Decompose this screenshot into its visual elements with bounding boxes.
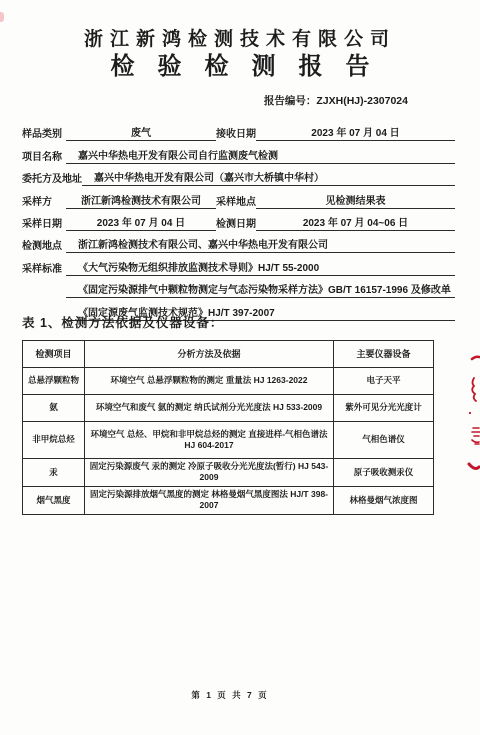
cell-method: 环境空气和废气 氨的测定 纳氏试剂分光光度法 HJ 533-2009 — [85, 395, 334, 422]
methods-table: 检测项目 分析方法及依据 主要仪器设备 总悬浮颗粒物 环境空气 总悬浮颗粒物的测… — [22, 340, 434, 515]
cell-instrument: 电子天平 — [334, 368, 434, 395]
sampling-date-label: 采样日期 — [22, 215, 66, 231]
cell-item: 汞 — [23, 459, 85, 487]
table-row: 氨 环境空气和废气 氨的测定 纳氏试剂分光光度法 HJ 533-2009 紫外可… — [23, 395, 434, 422]
red-seal-fragment — [458, 352, 480, 482]
header-instrument: 主要仪器设备 — [334, 341, 434, 368]
row-sample-category: 样品类别 废气 接收日期 2023 年 07 月 04 日 — [22, 119, 455, 141]
table-row: 汞 固定污染源废气 汞的测定 冷原子吸收分光光度法(暂行) HJ 543-200… — [23, 459, 434, 487]
cell-item: 烟气黑度 — [23, 486, 85, 514]
cell-item: 总悬浮颗粒物 — [23, 368, 85, 395]
sample-category-value: 废气 — [66, 124, 216, 141]
scan-pink-mark — [0, 12, 4, 22]
report-number-line: 报告编号：ZJXH(HJ)-2307024 — [0, 93, 408, 108]
header-method: 分析方法及依据 — [85, 341, 334, 368]
cell-instrument: 紫外可见分光光度计 — [334, 395, 434, 422]
row-client-address: 委托方及地址 嘉兴中华热电开发有限公司（嘉兴市大桥镇中华村） — [22, 164, 455, 186]
sampling-site-value: 见检测结果表 — [256, 192, 455, 209]
project-name-value: 嘉兴中华热电开发有限公司自行监测废气检测 — [66, 147, 455, 164]
sampling-site-label: 采样地点 — [216, 193, 256, 209]
table-row: 烟气黑度 固定污染源排放烟气黑度的测定 林格曼烟气黑度图法 HJ/T 398-2… — [23, 486, 434, 514]
row-sampling-standard: 采样标准 《大气污染物无组织排放监测技术导则》HJ/T 55-2000 — [22, 253, 455, 275]
client-address-label: 委托方及地址 — [22, 170, 82, 186]
cell-method: 环境空气 总烃、甲烷和非甲烷总烃的测定 直接进样-气相色谱法 HJ 604-20… — [85, 422, 334, 459]
table-header-row: 检测项目 分析方法及依据 主要仪器设备 — [23, 341, 434, 368]
test-site-value: 浙江新鸿检测技术有限公司、嘉兴中华热电开发有限公司 — [66, 236, 455, 253]
cell-method: 固定污染源排放烟气黑度的测定 林格曼烟气黑度图法 HJ/T 398-2007 — [85, 486, 334, 514]
cell-item: 非甲烷总烃 — [23, 422, 85, 459]
row-sampling-standard-2: 《固定污染源排气中颗粒物测定与气态污染物采样方法》GB/T 16157-1996… — [22, 276, 455, 298]
cell-method: 固定污染源废气 汞的测定 冷原子吸收分光光度法(暂行) HJ 543-2009 — [85, 459, 334, 487]
receive-date-value: 2023 年 07 月 04 日 — [256, 124, 455, 141]
receive-date-label: 接收日期 — [216, 125, 256, 141]
sampling-date-value: 2023 年 07 月 04 日 — [66, 214, 216, 231]
sample-category-label: 样品类别 — [22, 125, 66, 141]
cell-item: 氨 — [23, 395, 85, 422]
table-row: 非甲烷总烃 环境空气 总烃、甲烷和非甲烷总烃的测定 直接进样-气相色谱法 HJ … — [23, 422, 434, 459]
row-sampling-date: 采样日期 2023 年 07 月 04 日 检测日期 2023 年 07 月 0… — [22, 209, 455, 231]
table1-title: 表 1、检测方法依据及仪器设备： — [22, 313, 223, 331]
report-form: 样品类别 废气 接收日期 2023 年 07 月 04 日 项目名称 嘉兴中华热… — [22, 119, 455, 321]
sampling-standard-2-value: 《固定污染源排气中颗粒物测定与气态污染物采样方法》GB/T 16157-1996… — [66, 281, 455, 298]
header-test-item: 检测项目 — [23, 341, 85, 368]
sampling-standard-value: 《大气污染物无组织排放监测技术导则》HJ/T 55-2000 — [66, 259, 455, 276]
row-sampler: 采样方 浙江新鸿检测技术有限公司 采样地点 见检测结果表 — [22, 186, 455, 208]
test-site-label: 检测地点 — [22, 237, 66, 253]
report-number: ZJXH(HJ)-2307024 — [316, 95, 408, 107]
cell-instrument: 林格曼烟气浓度图 — [334, 486, 434, 514]
row-project-name: 项目名称 嘉兴中华热电开发有限公司自行监测废气检测 — [22, 141, 455, 163]
row-test-site: 检测地点 浙江新鸿检测技术有限公司、嘉兴中华热电开发有限公司 — [22, 231, 455, 253]
test-date-value: 2023 年 07 月 04~06 日 — [256, 214, 455, 231]
sampling-standard-label: 采样标准 — [22, 260, 66, 276]
report-title: 检验检测报告 — [0, 46, 480, 81]
client-address-value: 嘉兴中华热电开发有限公司（嘉兴市大桥镇中华村） — [82, 169, 455, 186]
project-name-label: 项目名称 — [22, 148, 66, 164]
cell-instrument: 气相色谱仪 — [334, 422, 434, 459]
sampler-value: 浙江新鸿检测技术有限公司 — [66, 192, 216, 209]
test-date-label: 检测日期 — [216, 215, 256, 231]
sampler-label: 采样方 — [22, 193, 66, 209]
page-number: 第 1 页 共 7 页 — [0, 689, 460, 701]
table-row: 总悬浮颗粒物 环境空气 总悬浮颗粒物的测定 重量法 HJ 1263-2022 电… — [23, 368, 434, 395]
report-page: 浙江新鸿检测技术有限公司 检验检测报告 报告编号：ZJXH(HJ)-230702… — [0, 0, 480, 735]
cell-method: 环境空气 总悬浮颗粒物的测定 重量法 HJ 1263-2022 — [85, 368, 334, 395]
report-number-label: 报告编号： — [264, 95, 317, 107]
cell-instrument: 原子吸收测汞仪 — [334, 459, 434, 487]
